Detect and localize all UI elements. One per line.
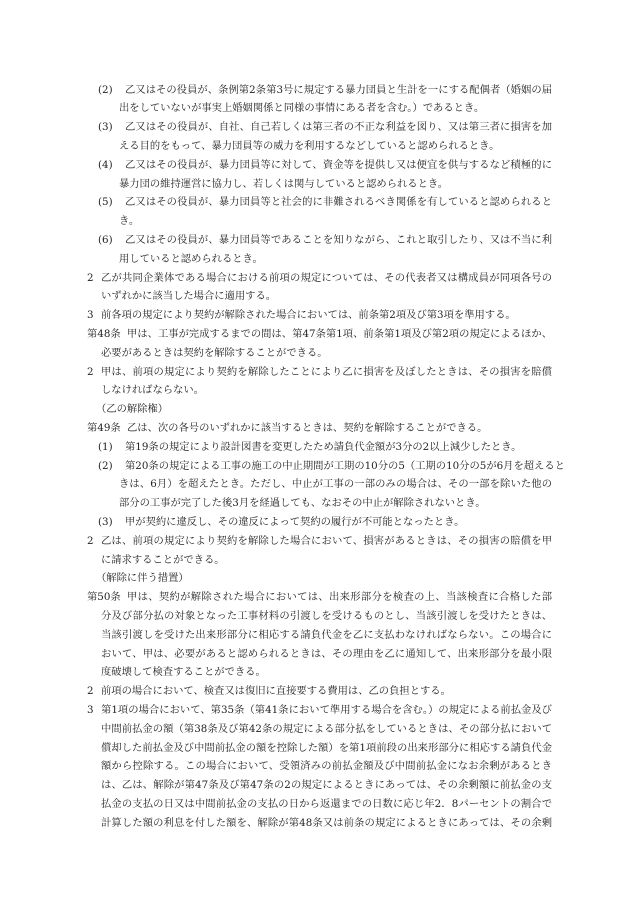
item-text: 暴力団の維持運営に協力し、若しくは関与していると認められるとき。: [119, 175, 448, 194]
paragraph-number: 2: [87, 363, 101, 382]
document-page: (2)乙又はその役員が、条例第2条第3号に規定する暴力団員と生計を一にする配偶者…: [0, 0, 630, 915]
art47-paragraph-2: 2乙が共同企業体である場合における前項の規定については、その代表者又は構成員が同…: [87, 269, 552, 288]
article-label: 第49条: [87, 419, 127, 438]
art47-paragraph-3: 3前各項の規定により契約が解除された場合においては、前条第2項及び第3項を準用す…: [87, 306, 516, 325]
paragraph-text: 中間前払金の額（第38条及び第42条の規定による部分払をしているときは、その部分…: [101, 720, 552, 739]
item-text: える目的をもって、暴力団員等の威力を利用するなどしていると認められるとき。: [119, 137, 499, 156]
art49-item-2-cont: 部分の工事が完了した後3月を経過しても、なおその中止が解除されないとき。: [119, 494, 486, 513]
item-marker: (4): [98, 156, 125, 175]
item-text: 出をしていないが事実上婚姻関係と同様の事情にある者を含む。）であるとき。: [119, 99, 484, 118]
article-text: おいて、甲は、必要があると認められるときは、その理由を乙に通知して、出来形部分を…: [101, 645, 552, 664]
item-marker: (5): [98, 193, 125, 212]
art50-heading-line: 第50条甲は、契約が解除された場合においては、出来形部分を検査の上、当該検査に合…: [87, 588, 552, 607]
paragraph-number: 2: [87, 269, 101, 288]
paragraph-text: 乙は、前項の規定により契約を解除した場合において、損害があるときは、その損害の賠…: [101, 532, 552, 551]
art50-cont: 度破壊して検査することができる。: [101, 663, 266, 682]
article-caption: （解除に伴う措置）: [96, 569, 189, 588]
art47-item-3-cont: える目的をもって、暴力団員等の威力を利用するなどしていると認められるとき。: [119, 137, 499, 156]
article-label: 第50条: [87, 588, 127, 607]
art47-paragraph-2-cont: いずれかに該当した場合に適用する。: [101, 287, 276, 306]
art47-item-5: (5)乙又はその役員が、暴力団員等と社会的に非難されるべき関係を有していると認め…: [98, 193, 552, 212]
paragraph-number: 2: [87, 682, 101, 701]
item-text: 第20条の規定による工事の施工の中止期間が工期の10分の5（工期の10分の5が6…: [125, 457, 552, 476]
article-text: 乙は、次の各号のいずれかに該当するときは、契約を解除することができる。: [127, 419, 487, 438]
art50-paragraph-3-cont: 償却した前払金及び中間前払金の額を控除した額）を第1項前段の出来形部分に相応する…: [101, 739, 552, 758]
paragraph-number: 3: [87, 306, 101, 325]
item-text: 甲が契約に違反し、その違反によって契約の履行が不可能となったとき。: [125, 513, 464, 532]
paragraph-text: 乙が共同企業体である場合における前項の規定については、その代表者又は構成員が同項…: [101, 269, 552, 288]
art50-paragraph-3-cont: 額から控除する。この場合において、受領済みの前払金額及び中間前払金になお余剰があ…: [101, 757, 552, 776]
item-marker: (6): [98, 231, 125, 250]
art50-caption: （解除に伴う措置）: [96, 569, 189, 588]
article-text: 甲は、工事が完成するまでの間は、第47条第1項、前条第1項及び第2項の規定による…: [127, 325, 552, 344]
item-text: 第19条の規定により設計図書を変更したため請負代金額が3分の2以上減少したとき。: [125, 438, 521, 457]
item-marker: (1): [98, 438, 125, 457]
item-marker: (2): [98, 81, 125, 100]
art47-item-5-cont: き。: [119, 212, 139, 231]
item-text: 部分の工事が完了した後3月を経過しても、なおその中止が解除されないとき。: [119, 494, 486, 513]
paragraph-text: 前項の場合において、検査又は復旧に直接要する費用は、乙の負担とする。: [101, 682, 451, 701]
item-text: 用していると認められるとき。: [119, 250, 263, 269]
art47-item-2: (2)乙又はその役員が、条例第2条第3号に規定する暴力団員と生計を一にする配偶者…: [98, 81, 552, 100]
article-text: 必要があるときは契約を解除することができる。: [101, 344, 328, 363]
item-text: き。: [119, 212, 139, 231]
art50-paragraph-3-cont: 計算した額の利息を付した額を、解除が第48条又は前条の規定によるときにあっては、…: [101, 814, 552, 833]
art50-cont: 分及び部分払の対象となった工事材料の引渡しを受けるものとし、当該引渡しを受けたと…: [101, 607, 552, 626]
art49-item-3: (3)甲が契約に違反し、その違反によって契約の履行が不可能となったとき。: [98, 513, 464, 532]
item-text: きは、6月）を超えたとき。ただし、中止が工事の一部のみの場合は、その一部を除いた…: [119, 475, 552, 494]
item-marker: (2): [98, 457, 125, 476]
paragraph-text: 償却した前払金及び中間前払金の額を控除した額）を第1項前段の出来形部分に相応する…: [101, 739, 552, 758]
art48-heading-line: 第48条甲は、工事が完成するまでの間は、第47条第1項、前条第1項及び第2項の規…: [87, 325, 552, 344]
article-caption: （乙の解除権）: [96, 400, 168, 419]
art50-paragraph-3-cont: は、乙は、解除が第47条及び第47条の2の規定によるときにあっては、その余剰額に…: [101, 776, 552, 795]
art50-paragraph-3-cont: 払金の支払の日又は中間前払金の支払の日から返還までの日数に応じ年2．8パーセント…: [101, 795, 552, 814]
paragraph-number: 3: [87, 701, 101, 720]
paragraph-text: 額から控除する。この場合において、受領済みの前払金額及び中間前払金になお余剰があ…: [101, 757, 552, 776]
item-text: 乙又はその役員が、暴力団員等に対して、資金等を提供し又は便宜を供与するなど積極的…: [125, 156, 552, 175]
art47-item-2-cont: 出をしていないが事実上婚姻関係と同様の事情にある者を含む。）であるとき。: [119, 99, 484, 118]
art50-cont: おいて、甲は、必要があると認められるときは、その理由を乙に通知して、出来形部分を…: [101, 645, 552, 664]
paragraph-text: しなければならない。: [101, 381, 204, 400]
art50-paragraph-2: 2前項の場合において、検査又は復旧に直接要する費用は、乙の負担とする。: [87, 682, 451, 701]
art47-item-4: (4)乙又はその役員が、暴力団員等に対して、資金等を提供し又は便宜を供与するなど…: [98, 156, 552, 175]
article-text: 分及び部分払の対象となった工事材料の引渡しを受けるものとし、当該引渡しを受けたと…: [101, 607, 552, 626]
paragraph-text: に請求することができる。: [101, 551, 225, 570]
article-text: 当該引渡しを受けた出来形部分に相応する請負代金を乙に支払わなければならない。この…: [101, 626, 552, 645]
article-text: 度破壊して検査することができる。: [101, 663, 266, 682]
paragraph-text: 甲は、前項の規定により契約を解除したことにより乙に損害を及ぼしたときは、その損害…: [101, 363, 552, 382]
art50-paragraph-3-cont: 中間前払金の額（第38条及び第42条の規定による部分払をしているときは、その部分…: [101, 720, 552, 739]
paragraph-number: 2: [87, 532, 101, 551]
paragraph-text: 払金の支払の日又は中間前払金の支払の日から返還までの日数に応じ年2．8パーセント…: [101, 795, 552, 814]
art49-caption: （乙の解除権）: [96, 400, 168, 419]
article-label: 第48条: [87, 325, 127, 344]
art48-paragraph-2: 2甲は、前項の規定により契約を解除したことにより乙に損害を及ぼしたときは、その損…: [87, 363, 552, 382]
art50-paragraph-3: 3第1項の場合において、第35条（第41条において準用する場合を含む。）の規定に…: [87, 701, 552, 720]
item-text: 乙又はその役員が、自社、自己若しくは第三者の不正な利益を図り、又は第三者に損害を…: [125, 118, 552, 137]
item-text: 乙又はその役員が、暴力団員等であることを知りながら、これと取引したり、又は不当に…: [125, 231, 552, 250]
art49-paragraph-2: 2乙は、前項の規定により契約を解除した場合において、損害があるときは、その損害の…: [87, 532, 552, 551]
art47-item-3: (3)乙又はその役員が、自社、自己若しくは第三者の不正な利益を図り、又は第三者に…: [98, 118, 552, 137]
art47-item-4-cont: 暴力団の維持運営に協力し、若しくは関与していると認められるとき。: [119, 175, 448, 194]
paragraph-text: 計算した額の利息を付した額を、解除が第48条又は前条の規定によるときにあっては、…: [101, 814, 552, 833]
art48-paragraph-2-cont: しなければならない。: [101, 381, 204, 400]
art49-paragraph-2-cont: に請求することができる。: [101, 551, 225, 570]
art49-heading-line: 第49条乙は、次の各号のいずれかに該当するときは、契約を解除することができる。: [87, 419, 487, 438]
paragraph-text: は、乙は、解除が第47条及び第47条の2の規定によるときにあっては、その余剰額に…: [101, 776, 552, 795]
art48-cont: 必要があるときは契約を解除することができる。: [101, 344, 328, 363]
art49-item-1: (1)第19条の規定により設計図書を変更したため請負代金額が3分の2以上減少した…: [98, 438, 521, 457]
paragraph-text: 第1項の場合において、第35条（第41条において準用する場合を含む。）の規定によ…: [101, 701, 552, 720]
art49-item-2-cont: きは、6月）を超えたとき。ただし、中止が工事の一部のみの場合は、その一部を除いた…: [119, 475, 552, 494]
article-text: 甲は、契約が解除された場合においては、出来形部分を検査の上、当該検査に合格した部: [127, 588, 552, 607]
item-marker: (3): [98, 513, 125, 532]
paragraph-text: いずれかに該当した場合に適用する。: [101, 287, 276, 306]
art47-item-6-cont: 用していると認められるとき。: [119, 250, 263, 269]
item-marker: (3): [98, 118, 125, 137]
item-text: 乙又はその役員が、暴力団員等と社会的に非難されるべき関係を有していると認められる…: [125, 193, 552, 212]
item-text: 乙又はその役員が、条例第2条第3号に規定する暴力団員と生計を一にする配偶者（婚姻…: [125, 81, 552, 100]
art50-cont: 当該引渡しを受けた出来形部分に相応する請負代金を乙に支払わなければならない。この…: [101, 626, 552, 645]
art47-item-6: (6)乙又はその役員が、暴力団員等であることを知りながら、これと取引したり、又は…: [98, 231, 552, 250]
art49-item-2: (2)第20条の規定による工事の施工の中止期間が工期の10分の5（工期の10分の…: [98, 457, 552, 476]
paragraph-text: 前各項の規定により契約が解除された場合においては、前条第2項及び第3項を準用する…: [101, 306, 516, 325]
